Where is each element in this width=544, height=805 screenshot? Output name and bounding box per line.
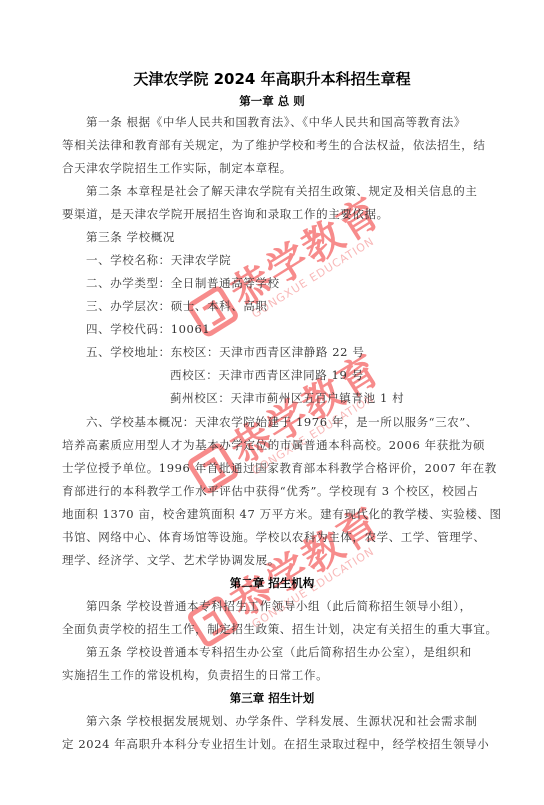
paragraph-line: 第二条 本章程是社会了解天津农学院有关招生政策、规定及相关信息的主 (86, 183, 502, 199)
chapter-heading: 第二章 招生机构 (0, 575, 544, 591)
paragraph-line: 二、办学类型：全日制普通高等学校 (86, 275, 502, 291)
chapter-heading: 第一章 总 则 (0, 93, 544, 109)
paragraph-line: 第三条 学校概况 (86, 229, 502, 245)
paragraph-line: 育部进行的本科教学工作水平评估中获得“优秀”。学校现有 3 个校区，校园占 (62, 483, 478, 499)
paragraph-line: 第一条 根据《中华人民共和国教育法》、《中华人民共和国高等教育法》 (86, 114, 502, 130)
paragraph-line: 定 2024 年高职升本科分专业招生计划。在招生录取过程中，经学校招生领导小 (62, 736, 478, 752)
document-title: 天津农学院 2024 年高职升本科招生章程 (0, 69, 544, 89)
paragraph-line: 等相关法律和教育部有关规定，为了维护学校和考生的合法权益，依法招生，结 (62, 137, 478, 153)
chapter-heading: 第三章 招生计划 (0, 690, 544, 706)
paragraph-line: 四、学校代码：10061 (86, 321, 502, 337)
paragraph-line: 蓟州校区：天津市蓟州区五百户镇青池 1 村 (170, 390, 544, 406)
paragraph-line: 士学位授予单位。1996 年首批通过国家教育部本科教学合格评价，2007 年在教 (62, 460, 478, 476)
paragraph-line: 书馆、网络中心、体育场馆等设施。学校以农科为主体，农学、工学、管理学、 (62, 529, 478, 545)
paragraph-line: 三、办学层次：硕士、本科、高职 (86, 298, 502, 314)
paragraph-line: 一、学校名称：天津农学院 (86, 252, 502, 268)
paragraph-line: 合天津农学院招生工作实际，制定本章程。 (62, 160, 478, 176)
paragraph-line: 理学、经济学、文学、艺术学协调发展。 (62, 552, 478, 568)
paragraph-line: 第五条 学校设普通本专科招生办公室（此后简称招生办公室），是组织和 (86, 644, 502, 660)
paragraph-line: 第四条 学校设普通本专科招生工作领导小组（此后简称招生领导小组）， (86, 598, 502, 614)
paragraph-line: 培养高素质应用型人才为基本办学定位的市属普通本科高校。2006 年获批为硕 (62, 437, 478, 453)
paragraph-line: 全面负责学校的招生工作，制定招生政策、招生计划，决定有关招生的重大事宜。 (62, 621, 478, 637)
paragraph-line: 要渠道，是天津农学院开展招生咨询和录取工作的主要依据。 (62, 206, 478, 222)
paragraph-line: 地面积 1370 亩，校舍建筑面积 47 万平方米。建有现代化的教学楼、实验楼、… (62, 506, 478, 522)
document-page: 恭学教育 GONGXUE EDUCATION 恭学教育 GONGXUE EDUC… (0, 0, 544, 805)
watermark-text: 恭学教育 (223, 347, 389, 473)
paragraph-line: 五、学校地址：东校区：天津市西青区津静路 22 号 (86, 344, 502, 360)
paragraph-line: 六、学校基本概况：天津农学院始建于 1976 年，是一所以服务“三农”、 (86, 414, 502, 430)
paragraph-line: 第六条 学校根据发展规划、办学条件、学科发展、生源状况和社会需求制 (86, 713, 502, 729)
paragraph-line: 西校区：天津市西青区津同路 19 号 (170, 367, 544, 383)
paragraph-line: 实施招生工作的常设机构，负责招生的日常工作。 (62, 667, 478, 683)
